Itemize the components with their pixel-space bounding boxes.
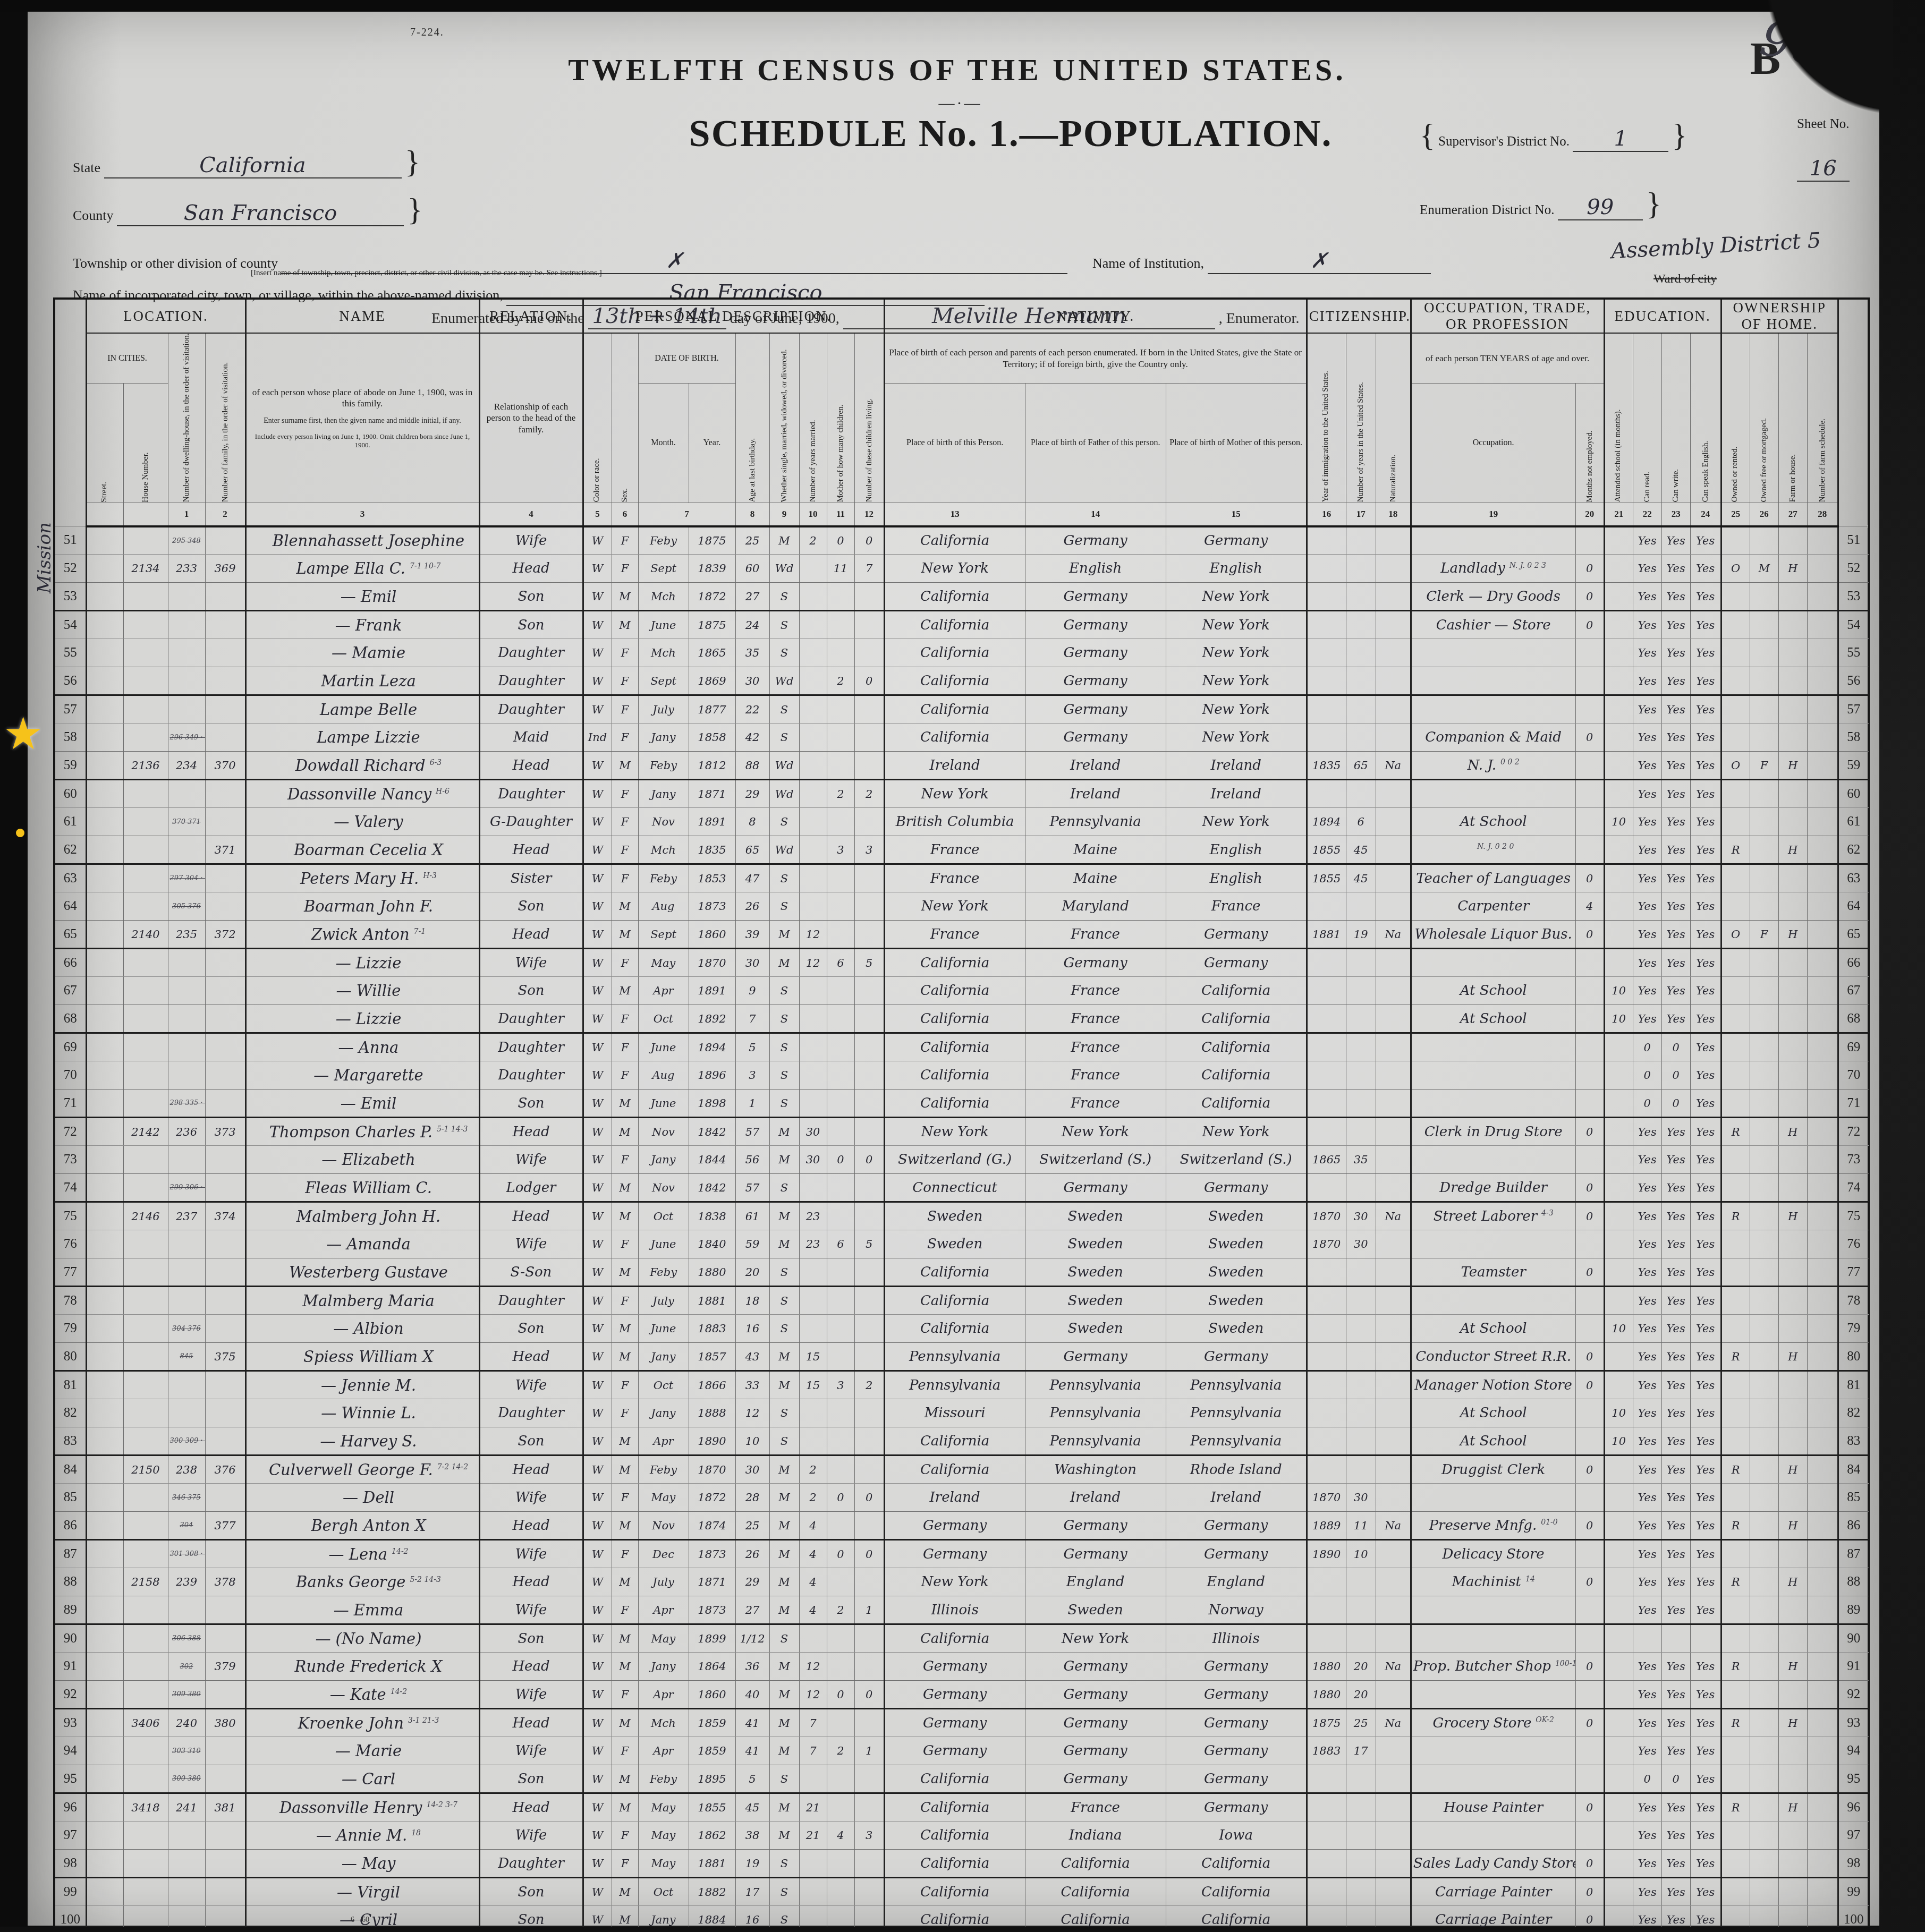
cell-birthplace-father: California bbox=[1025, 1878, 1166, 1906]
cell-house-number bbox=[123, 695, 168, 724]
cell-birthplace-father: Germany bbox=[1025, 639, 1166, 667]
cell-color-race: W bbox=[583, 639, 612, 667]
line-number-right: 80 bbox=[1838, 1343, 1869, 1371]
cell-farm-schedule bbox=[1807, 1709, 1838, 1737]
table-row: 963418241381Dassonville Henry14-2 3-7Hea… bbox=[54, 1793, 1869, 1822]
crossed-out-correction: 303 310 bbox=[170, 1748, 203, 1755]
cell-can-speak-english: Yes bbox=[1690, 1427, 1721, 1456]
cell-birth-year: 1838 bbox=[689, 1202, 735, 1230]
colnum-28: 28 bbox=[1807, 503, 1838, 526]
enumerator-code: 5-2 14-3 bbox=[410, 1576, 440, 1584]
cell-can-write: Yes bbox=[1661, 977, 1690, 1005]
colnum-9: 9 bbox=[769, 503, 799, 526]
cell-can-read: Yes bbox=[1633, 1596, 1661, 1624]
cell-family-number bbox=[205, 977, 245, 1005]
cell-owned-rented bbox=[1721, 1146, 1750, 1174]
line-number-left: 97 bbox=[54, 1822, 86, 1850]
cell-naturalization bbox=[1376, 1793, 1411, 1822]
cell-children-living: 1 bbox=[854, 1596, 884, 1624]
cell-age: 56 bbox=[735, 1146, 769, 1174]
cell-farm-schedule bbox=[1807, 949, 1838, 977]
cell-dwelling-number bbox=[168, 977, 205, 1005]
cell-months-not-employed: 0 bbox=[1575, 1512, 1604, 1540]
cell-age: 33 bbox=[735, 1371, 769, 1399]
colnum-25: 25 bbox=[1721, 503, 1750, 526]
cell-birthplace-father: Germany bbox=[1025, 1512, 1166, 1540]
cell-mother-of-children bbox=[827, 611, 854, 639]
cell-name: — Annie M.18 bbox=[245, 1822, 479, 1850]
cell-can-speak-english bbox=[1690, 1624, 1721, 1653]
cell-age: 27 bbox=[735, 1596, 769, 1624]
cell-can-write: Yes bbox=[1661, 921, 1690, 949]
cell-birthplace-person: California bbox=[884, 949, 1025, 977]
cell-birthplace-person: California bbox=[884, 724, 1025, 752]
cell-family-number: 374 bbox=[205, 1202, 245, 1230]
cell-family-number bbox=[205, 611, 245, 639]
cell-immigration-year bbox=[1307, 1850, 1346, 1878]
line-number-right: 99 bbox=[1838, 1878, 1869, 1906]
cell-years-married: 2 bbox=[799, 1456, 827, 1484]
cell-mother-of-children bbox=[827, 1258, 854, 1287]
cell-dwelling-number bbox=[168, 1596, 205, 1624]
cell-relation: Wife bbox=[479, 1484, 583, 1512]
cell-family-number: 376 bbox=[205, 1456, 245, 1484]
ward-of-city-label: Ward of city bbox=[1653, 272, 1717, 286]
occupation-desc: of each person TEN YEARS of age and over… bbox=[1411, 333, 1604, 384]
cell-can-speak-english: Yes bbox=[1690, 611, 1721, 639]
cell-attended-school bbox=[1604, 780, 1633, 808]
cell-can-write: Yes bbox=[1661, 555, 1690, 583]
cell-can-speak-english: Yes bbox=[1690, 1878, 1721, 1906]
cell-birthplace-person: California bbox=[884, 1061, 1025, 1090]
cell-house-number bbox=[123, 977, 168, 1005]
cell-house-number bbox=[123, 1287, 168, 1315]
cell-farm-or-house bbox=[1778, 724, 1807, 752]
cell-owned-rented: R bbox=[1721, 836, 1750, 864]
cell-name: Dowdall Richard6-3 bbox=[245, 752, 479, 780]
cell-sex: M bbox=[612, 1090, 638, 1118]
cell-mother-of-children bbox=[827, 1653, 854, 1681]
cell-marital-status: M bbox=[769, 1371, 799, 1399]
table-row: 91302379Runde Frederick XHeadWMJany18643… bbox=[54, 1653, 1869, 1681]
cell-birth-month: Oct bbox=[638, 1005, 689, 1033]
cell-farm-or-house bbox=[1778, 1624, 1807, 1653]
cell-farm-schedule bbox=[1807, 1399, 1838, 1427]
cell-birthplace-mother: New York bbox=[1166, 695, 1307, 724]
cell-house-number bbox=[123, 836, 168, 864]
cell-can-speak-english: Yes bbox=[1690, 1793, 1721, 1822]
cell-birthplace-father: Ireland bbox=[1025, 752, 1166, 780]
cell-family-number bbox=[205, 1033, 245, 1061]
cell-months-not-employed bbox=[1575, 1399, 1604, 1427]
line-number-right: 64 bbox=[1838, 892, 1869, 921]
cell-owned-rented bbox=[1721, 949, 1750, 977]
cell-street bbox=[86, 864, 123, 892]
cell-occupation: At School bbox=[1411, 1427, 1575, 1456]
cell-farm-schedule bbox=[1807, 1568, 1838, 1596]
cell-mother-of-children bbox=[827, 1624, 854, 1653]
cell-occupation: Wholesale Liquor Bus. bbox=[1411, 921, 1575, 949]
crossed-out-correction: 305 376 bbox=[170, 903, 203, 910]
cell-farm-or-house bbox=[1778, 1737, 1807, 1765]
cell-can-read: Yes bbox=[1633, 611, 1661, 639]
cell-farm-or-house: H bbox=[1778, 1118, 1807, 1146]
line-number-right: 97 bbox=[1838, 1822, 1869, 1850]
cell-years-married bbox=[799, 752, 827, 780]
cell-sex: M bbox=[612, 1343, 638, 1371]
cell-years-married: 12 bbox=[799, 1653, 827, 1681]
cell-birth-month: Mch bbox=[638, 639, 689, 667]
cell-months-not-employed bbox=[1575, 667, 1604, 695]
cell-free-mortgaged bbox=[1750, 1090, 1778, 1118]
cell-can-speak-english: Yes bbox=[1690, 1174, 1721, 1202]
cell-marital-status: S bbox=[769, 1399, 799, 1427]
line-number-left: 61 bbox=[54, 808, 86, 836]
cell-can-write: Yes bbox=[1661, 949, 1690, 977]
cell-owned-rented: R bbox=[1721, 1653, 1750, 1681]
cell-birth-year: 1890 bbox=[689, 1427, 735, 1456]
cell-owned-rented bbox=[1721, 639, 1750, 667]
cell-farm-schedule bbox=[1807, 808, 1838, 836]
enumerator-code: 18 bbox=[411, 1829, 421, 1837]
cell-children-living: 3 bbox=[854, 1822, 884, 1850]
cell-attended-school bbox=[1604, 1765, 1633, 1793]
line-number-left: 78 bbox=[54, 1287, 86, 1315]
cell-free-mortgaged bbox=[1750, 808, 1778, 836]
col-pob-mother: Place of birth of Mother of this person. bbox=[1166, 384, 1307, 503]
cell-free-mortgaged bbox=[1750, 1765, 1778, 1793]
cell-color-race: W bbox=[583, 1653, 612, 1681]
col-children-living: Number of these children living. bbox=[854, 333, 884, 503]
cell-can-write: Yes bbox=[1661, 1202, 1690, 1230]
cell-can-speak-english: Yes bbox=[1690, 1681, 1721, 1709]
cell-can-speak-english: Yes bbox=[1690, 724, 1721, 752]
colnum-16: 16 bbox=[1307, 503, 1346, 526]
table-row: 68— LizzieDaughterWFOct18927SCaliforniaF… bbox=[54, 1005, 1869, 1033]
cell-free-mortgaged bbox=[1750, 1118, 1778, 1146]
cell-color-race: W bbox=[583, 1427, 612, 1456]
cell-birth-month: May bbox=[638, 1793, 689, 1822]
cell-birth-year: 1880 bbox=[689, 1258, 735, 1287]
cell-months-not-employed bbox=[1575, 1090, 1604, 1118]
cell-farm-or-house bbox=[1778, 1596, 1807, 1624]
colnum-18: 18 bbox=[1376, 503, 1411, 526]
cell-color-race: W bbox=[583, 1287, 612, 1315]
col-date-of-birth: DATE OF BIRTH. bbox=[638, 333, 735, 384]
cell-dwelling-number bbox=[168, 1878, 205, 1906]
cell-color-race: W bbox=[583, 695, 612, 724]
line-number-right: 74 bbox=[1838, 1174, 1869, 1202]
table-row: 87301 308 · 372— Lena14-2WifeWFDec187326… bbox=[54, 1540, 1869, 1568]
cell-street bbox=[86, 695, 123, 724]
cell-birth-month: Nov bbox=[638, 1174, 689, 1202]
cell-name: Fleas William C. bbox=[245, 1174, 479, 1202]
cell-street bbox=[86, 1118, 123, 1146]
cell-can-write: Yes bbox=[1661, 1371, 1690, 1399]
cell-farm-or-house bbox=[1778, 1315, 1807, 1343]
cell-can-read: Yes bbox=[1633, 1427, 1661, 1456]
cell-age: 41 bbox=[735, 1737, 769, 1765]
cell-birthplace-mother: English bbox=[1166, 836, 1307, 864]
table-row: 652140235372Zwick Anton7-1HeadWMSept1860… bbox=[54, 921, 1869, 949]
cell-color-race: W bbox=[583, 1315, 612, 1343]
cell-can-write: Yes bbox=[1661, 1484, 1690, 1512]
cell-can-write: 0 bbox=[1661, 1765, 1690, 1793]
cell-can-write: Yes bbox=[1661, 639, 1690, 667]
line-number-right: 89 bbox=[1838, 1596, 1869, 1624]
cell-naturalization bbox=[1376, 1230, 1411, 1258]
cell-birth-year: 1883 bbox=[689, 1315, 735, 1343]
cell-naturalization bbox=[1376, 1371, 1411, 1399]
table-row: 61370 371— ValeryG-DaughterWFNov18918SBr… bbox=[54, 808, 1869, 836]
cell-birthplace-person: New York bbox=[884, 780, 1025, 808]
cell-occupation bbox=[1411, 667, 1575, 695]
line-number-right: 98 bbox=[1838, 1850, 1869, 1878]
cell-mother-of-children bbox=[827, 724, 854, 752]
cell-color-race: W bbox=[583, 1765, 612, 1793]
cell-sex: F bbox=[612, 780, 638, 808]
cell-color-race: W bbox=[583, 892, 612, 921]
cell-free-mortgaged bbox=[1750, 977, 1778, 1005]
cell-dwelling-number: 241 bbox=[168, 1793, 205, 1822]
cell-sex: M bbox=[612, 1118, 638, 1146]
cell-can-read: Yes bbox=[1633, 1709, 1661, 1737]
cell-naturalization bbox=[1376, 667, 1411, 695]
colnum-2: 2 bbox=[205, 503, 245, 526]
cell-house-number bbox=[123, 1624, 168, 1653]
cell-free-mortgaged bbox=[1750, 1343, 1778, 1371]
cell-naturalization bbox=[1376, 555, 1411, 583]
cell-family-number bbox=[205, 1005, 245, 1033]
cell-color-race: W bbox=[583, 1118, 612, 1146]
cell-birthplace-mother: English bbox=[1166, 864, 1307, 892]
cell-age: 41 bbox=[735, 1709, 769, 1737]
cell-years-in-us: 25 bbox=[1346, 1709, 1376, 1737]
cell-can-write: Yes bbox=[1661, 724, 1690, 752]
cell-years-married bbox=[799, 1878, 827, 1906]
table-row: 63297 304 · 375Peters Mary H.H-3SisterWF… bbox=[54, 864, 1869, 892]
enumerator-code: 7-1 10-7 bbox=[410, 562, 440, 571]
col-can-speak-english: Can speak English. bbox=[1690, 333, 1721, 503]
cell-can-write: Yes bbox=[1661, 892, 1690, 921]
cell-naturalization bbox=[1376, 1850, 1411, 1878]
cell-name: — Mamie bbox=[245, 639, 479, 667]
cell-children-living bbox=[854, 892, 884, 921]
cell-street bbox=[86, 780, 123, 808]
cell-farm-schedule bbox=[1807, 1484, 1838, 1512]
cell-color-race: W bbox=[583, 780, 612, 808]
col-sex: Sex. bbox=[612, 333, 638, 503]
census-table-wrapper: LOCATION. NAME RELATION. PERSONAL DESCRI… bbox=[53, 297, 1868, 1932]
cell-years-married bbox=[799, 724, 827, 752]
crossed-out-correction: 298 335 · 374 bbox=[170, 1100, 203, 1107]
cell-occupation: Manager Notion Store bbox=[1411, 1371, 1575, 1399]
cell-immigration-year bbox=[1307, 1427, 1346, 1456]
cell-color-race: W bbox=[583, 1061, 612, 1090]
cell-children-living: 0 bbox=[854, 667, 884, 695]
cell-children-living: 0 bbox=[854, 1540, 884, 1568]
cell-family-number bbox=[205, 949, 245, 977]
cell-marital-status: S bbox=[769, 1258, 799, 1287]
cell-farm-schedule bbox=[1807, 780, 1838, 808]
line-number-left: 66 bbox=[54, 949, 86, 977]
cell-attended-school bbox=[1604, 1822, 1633, 1850]
cell-dwelling-number: 237 bbox=[168, 1202, 205, 1230]
cell-age: 9 bbox=[735, 977, 769, 1005]
cell-naturalization bbox=[1376, 1061, 1411, 1090]
cell-house-number bbox=[123, 864, 168, 892]
cell-can-speak-english: Yes bbox=[1690, 639, 1721, 667]
cell-house-number bbox=[123, 1427, 168, 1456]
cell-sex: F bbox=[612, 1146, 638, 1174]
table-row: 69— AnnaDaughterWFJune18945SCaliforniaFr… bbox=[54, 1033, 1869, 1061]
cell-months-not-employed: 0 bbox=[1575, 1343, 1604, 1371]
col-immigration-year: Year of immigration to the United States… bbox=[1307, 333, 1346, 503]
cell-color-race: W bbox=[583, 1709, 612, 1737]
cell-occupation: Conductor Street R.R. bbox=[1411, 1343, 1575, 1371]
col-free-mortgaged: Owned free or mortgaged. bbox=[1750, 333, 1778, 503]
col-can-write: Can write. bbox=[1661, 333, 1690, 503]
cell-family-number: 378 bbox=[205, 1568, 245, 1596]
cell-birthplace-mother: Ireland bbox=[1166, 780, 1307, 808]
cell-children-living bbox=[854, 639, 884, 667]
scan-edge-right bbox=[1879, 0, 1925, 1932]
cell-occupation: Preserve Mnfg.01-0 bbox=[1411, 1512, 1575, 1540]
cell-years-married bbox=[799, 695, 827, 724]
cell-can-read: Yes bbox=[1633, 1540, 1661, 1568]
cell-farm-schedule bbox=[1807, 977, 1838, 1005]
cell-occupation bbox=[1411, 1596, 1575, 1624]
cell-marital-status: M bbox=[769, 949, 799, 977]
cell-sex: F bbox=[612, 724, 638, 752]
cell-naturalization bbox=[1376, 695, 1411, 724]
cell-birthplace-mother: Germany bbox=[1166, 949, 1307, 977]
line-number-right: 57 bbox=[1838, 695, 1869, 724]
cell-owned-rented bbox=[1721, 1596, 1750, 1624]
cell-marital-status: M bbox=[769, 1484, 799, 1512]
cell-attended-school bbox=[1604, 1512, 1633, 1540]
line-number-left: 64 bbox=[54, 892, 86, 921]
cell-sex: F bbox=[612, 1681, 638, 1709]
cell-age: 42 bbox=[735, 724, 769, 752]
cell-naturalization bbox=[1376, 1681, 1411, 1709]
cell-farm-or-house bbox=[1778, 583, 1807, 611]
cell-immigration-year: 1880 bbox=[1307, 1681, 1346, 1709]
cell-marital-status: S bbox=[769, 611, 799, 639]
cell-birth-month: Feby bbox=[638, 1456, 689, 1484]
cell-can-read: 0 bbox=[1633, 1061, 1661, 1090]
cell-relation: Wife bbox=[479, 1371, 583, 1399]
cell-family-number bbox=[205, 1765, 245, 1793]
line-number-right: 79 bbox=[1838, 1315, 1869, 1343]
cell-immigration-year: 1870 bbox=[1307, 1202, 1346, 1230]
cell-birth-year: 1842 bbox=[689, 1118, 735, 1146]
cell-owned-rented bbox=[1721, 611, 1750, 639]
cell-free-mortgaged bbox=[1750, 1399, 1778, 1427]
cell-dwelling-number: 235 bbox=[168, 921, 205, 949]
cell-relation: Daughter bbox=[479, 639, 583, 667]
cell-can-speak-english: Yes bbox=[1690, 1343, 1721, 1371]
cell-name: Lampe Belle bbox=[245, 695, 479, 724]
cell-owned-rented: O bbox=[1721, 921, 1750, 949]
cell-farm-or-house bbox=[1778, 1540, 1807, 1568]
cell-relation: Son bbox=[479, 977, 583, 1005]
cell-family-number: 377 bbox=[205, 1512, 245, 1540]
cell-attended-school bbox=[1604, 1202, 1633, 1230]
cell-relation: Head bbox=[479, 1709, 583, 1737]
cell-owned-rented: R bbox=[1721, 1202, 1750, 1230]
cell-age: 61 bbox=[735, 1202, 769, 1230]
enumerator-code: 3-1 21-3 bbox=[408, 1716, 439, 1725]
cell-occupation bbox=[1411, 1737, 1575, 1765]
cell-birthplace-father: Sweden bbox=[1025, 1315, 1166, 1343]
cell-free-mortgaged bbox=[1750, 1005, 1778, 1033]
cell-immigration-year: 1835 bbox=[1307, 752, 1346, 780]
scan-edge-top bbox=[0, 0, 1925, 12]
cell-free-mortgaged bbox=[1750, 1850, 1778, 1878]
cell-birthplace-father: New York bbox=[1025, 1624, 1166, 1653]
cell-occupation bbox=[1411, 526, 1575, 555]
cell-can-read: Yes bbox=[1633, 1146, 1661, 1174]
cell-naturalization bbox=[1376, 1624, 1411, 1653]
cell-family-number bbox=[205, 1287, 245, 1315]
cell-house-number bbox=[123, 1258, 168, 1287]
cell-color-race: W bbox=[583, 1681, 612, 1709]
cell-birthplace-mother: New York bbox=[1166, 1118, 1307, 1146]
cell-owned-rented bbox=[1721, 1230, 1750, 1258]
cell-relation: Sister bbox=[479, 864, 583, 892]
cell-marital-status: S bbox=[769, 639, 799, 667]
cell-name: — Emil bbox=[245, 583, 479, 611]
cell-can-speak-english: Yes bbox=[1690, 977, 1721, 1005]
cell-years-in-us bbox=[1346, 583, 1376, 611]
cell-birth-year: 1869 bbox=[689, 667, 735, 695]
group-education: EDUCATION. bbox=[1604, 299, 1721, 333]
cell-can-read: Yes bbox=[1633, 780, 1661, 808]
cell-free-mortgaged bbox=[1750, 639, 1778, 667]
crossed-out-correction: 297 304 · 375 bbox=[170, 875, 203, 882]
cell-children-living bbox=[854, 1287, 884, 1315]
form-number: 7-224. bbox=[410, 27, 444, 39]
line-number-right: 67 bbox=[1838, 977, 1869, 1005]
table-row: 53— EmilSonWMMch187227SCaliforniaGermany… bbox=[54, 583, 1869, 611]
cell-owned-rented bbox=[1721, 1878, 1750, 1906]
cell-owned-rented: R bbox=[1721, 1343, 1750, 1371]
cell-dwelling-number: 299 306 · 375 bbox=[168, 1174, 205, 1202]
cell-can-speak-english: Yes bbox=[1690, 1061, 1721, 1090]
colnum-6: 6 bbox=[612, 503, 638, 526]
cell-family-number bbox=[205, 892, 245, 921]
colnum-27: 27 bbox=[1778, 503, 1807, 526]
cell-name: Malmberg Maria bbox=[245, 1287, 479, 1315]
cell-marital-status: Wd bbox=[769, 752, 799, 780]
cell-occupation: LandladyN. J. 0 2 3 bbox=[1411, 555, 1575, 583]
cell-occupation: Sales Lady Candy Store bbox=[1411, 1850, 1575, 1878]
cell-can-write: Yes bbox=[1661, 836, 1690, 864]
cell-immigration-year bbox=[1307, 639, 1346, 667]
cell-farm-or-house: H bbox=[1778, 1793, 1807, 1822]
line-number-right: 62 bbox=[1838, 836, 1869, 864]
col-owned-rented: Owned or rented. bbox=[1721, 333, 1750, 503]
table-row: 62371Boarman Cecelia XHeadWFMch183565Wd3… bbox=[54, 836, 1869, 864]
cell-can-write: 0 bbox=[1661, 1061, 1690, 1090]
cell-birth-month: Dec bbox=[638, 1540, 689, 1568]
cell-color-race: W bbox=[583, 1230, 612, 1258]
cell-free-mortgaged bbox=[1750, 1484, 1778, 1512]
cell-owned-rented bbox=[1721, 1850, 1750, 1878]
cell-marital-status: Wd bbox=[769, 780, 799, 808]
cell-marital-status: S bbox=[769, 1033, 799, 1061]
